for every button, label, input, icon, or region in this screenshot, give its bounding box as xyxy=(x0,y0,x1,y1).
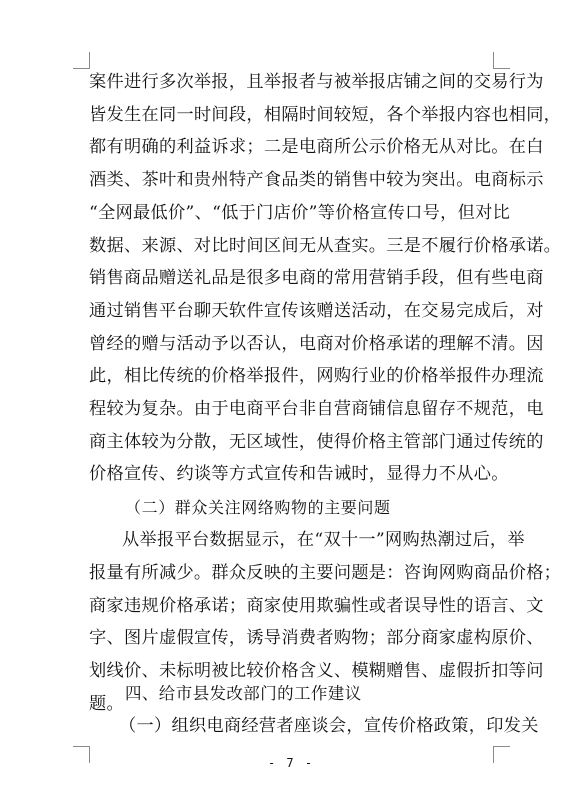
corner-mark-top-left xyxy=(73,52,90,69)
body-line: 案件进行多次举报，且举报者与被举报店铺之间的交易行为 xyxy=(89,72,494,92)
body-line: 程较为复杂。由于电商平台非自营商铺信息留存不规范，电 xyxy=(89,399,494,419)
body-line: “全网最低价”、“低于门店价”等价格宣传口号，但对比 xyxy=(89,203,494,223)
body-line: 通过销售平台聊天软件宣传该赠送活动，在交易完成后，对 xyxy=(89,301,494,321)
body-line: 此，相比传统的价格举报件，网购行业的价格举报件办理流 xyxy=(89,366,494,386)
body-line: 曾经的赠与活动予以否认，电商对价格承诺的理解不清。因 xyxy=(89,334,494,354)
body-line: 皆发生在同一时间段，相隔时间较短，各个举报内容也相同， xyxy=(89,105,494,125)
subheading-1: （一）组织电商经营者座谈会，宣传价格政策，印发关 xyxy=(119,716,524,736)
body-line: 商家违规价格承诺；商家使用欺骗性或者误导性的语言、文 xyxy=(89,596,494,616)
body-line: 字、图片虚假宣传，诱导消费者购物；部分商家虚构原价、 xyxy=(89,628,494,648)
body-line: 报量有所减少。群众反映的主要问题是：咨询网购商品价格； xyxy=(89,563,494,583)
body-line: 酒类、茶叶和贵州特产食品类的销售中较为突出。电商标示 xyxy=(89,170,494,190)
body-line: 从举报平台数据显示，在“双十一”网购热潮过后，举 xyxy=(122,530,527,550)
body-line: 销售商品赠送礼品是很多电商的常用营销手段，但有些电商 xyxy=(89,268,494,288)
section-heading-4: 四、给市县发改部门的工作建议 xyxy=(125,684,530,704)
corner-mark-top-right xyxy=(493,52,510,69)
body-line: 划线价、未标明被比较价格含义、模糊赠售、虚假折扣等问 xyxy=(89,661,494,681)
page-number: - 7 - xyxy=(0,756,582,770)
body-line: 商主体较为分散，无区域性，使得价格主管部门通过传统的 xyxy=(89,432,494,452)
subheading-2: （二）群众关注网络购物的主要问题 xyxy=(125,498,530,518)
body-line: 数据、来源、对比时间区间无从查实。三是不履行价格承诺。 xyxy=(89,236,494,256)
body-line: 都有明确的利益诉求；二是电商所公示价格无从对比。在白 xyxy=(89,137,494,157)
body-line: 价格宣传、约谈等方式宣传和告诫时，显得力不从心。 xyxy=(89,464,494,484)
